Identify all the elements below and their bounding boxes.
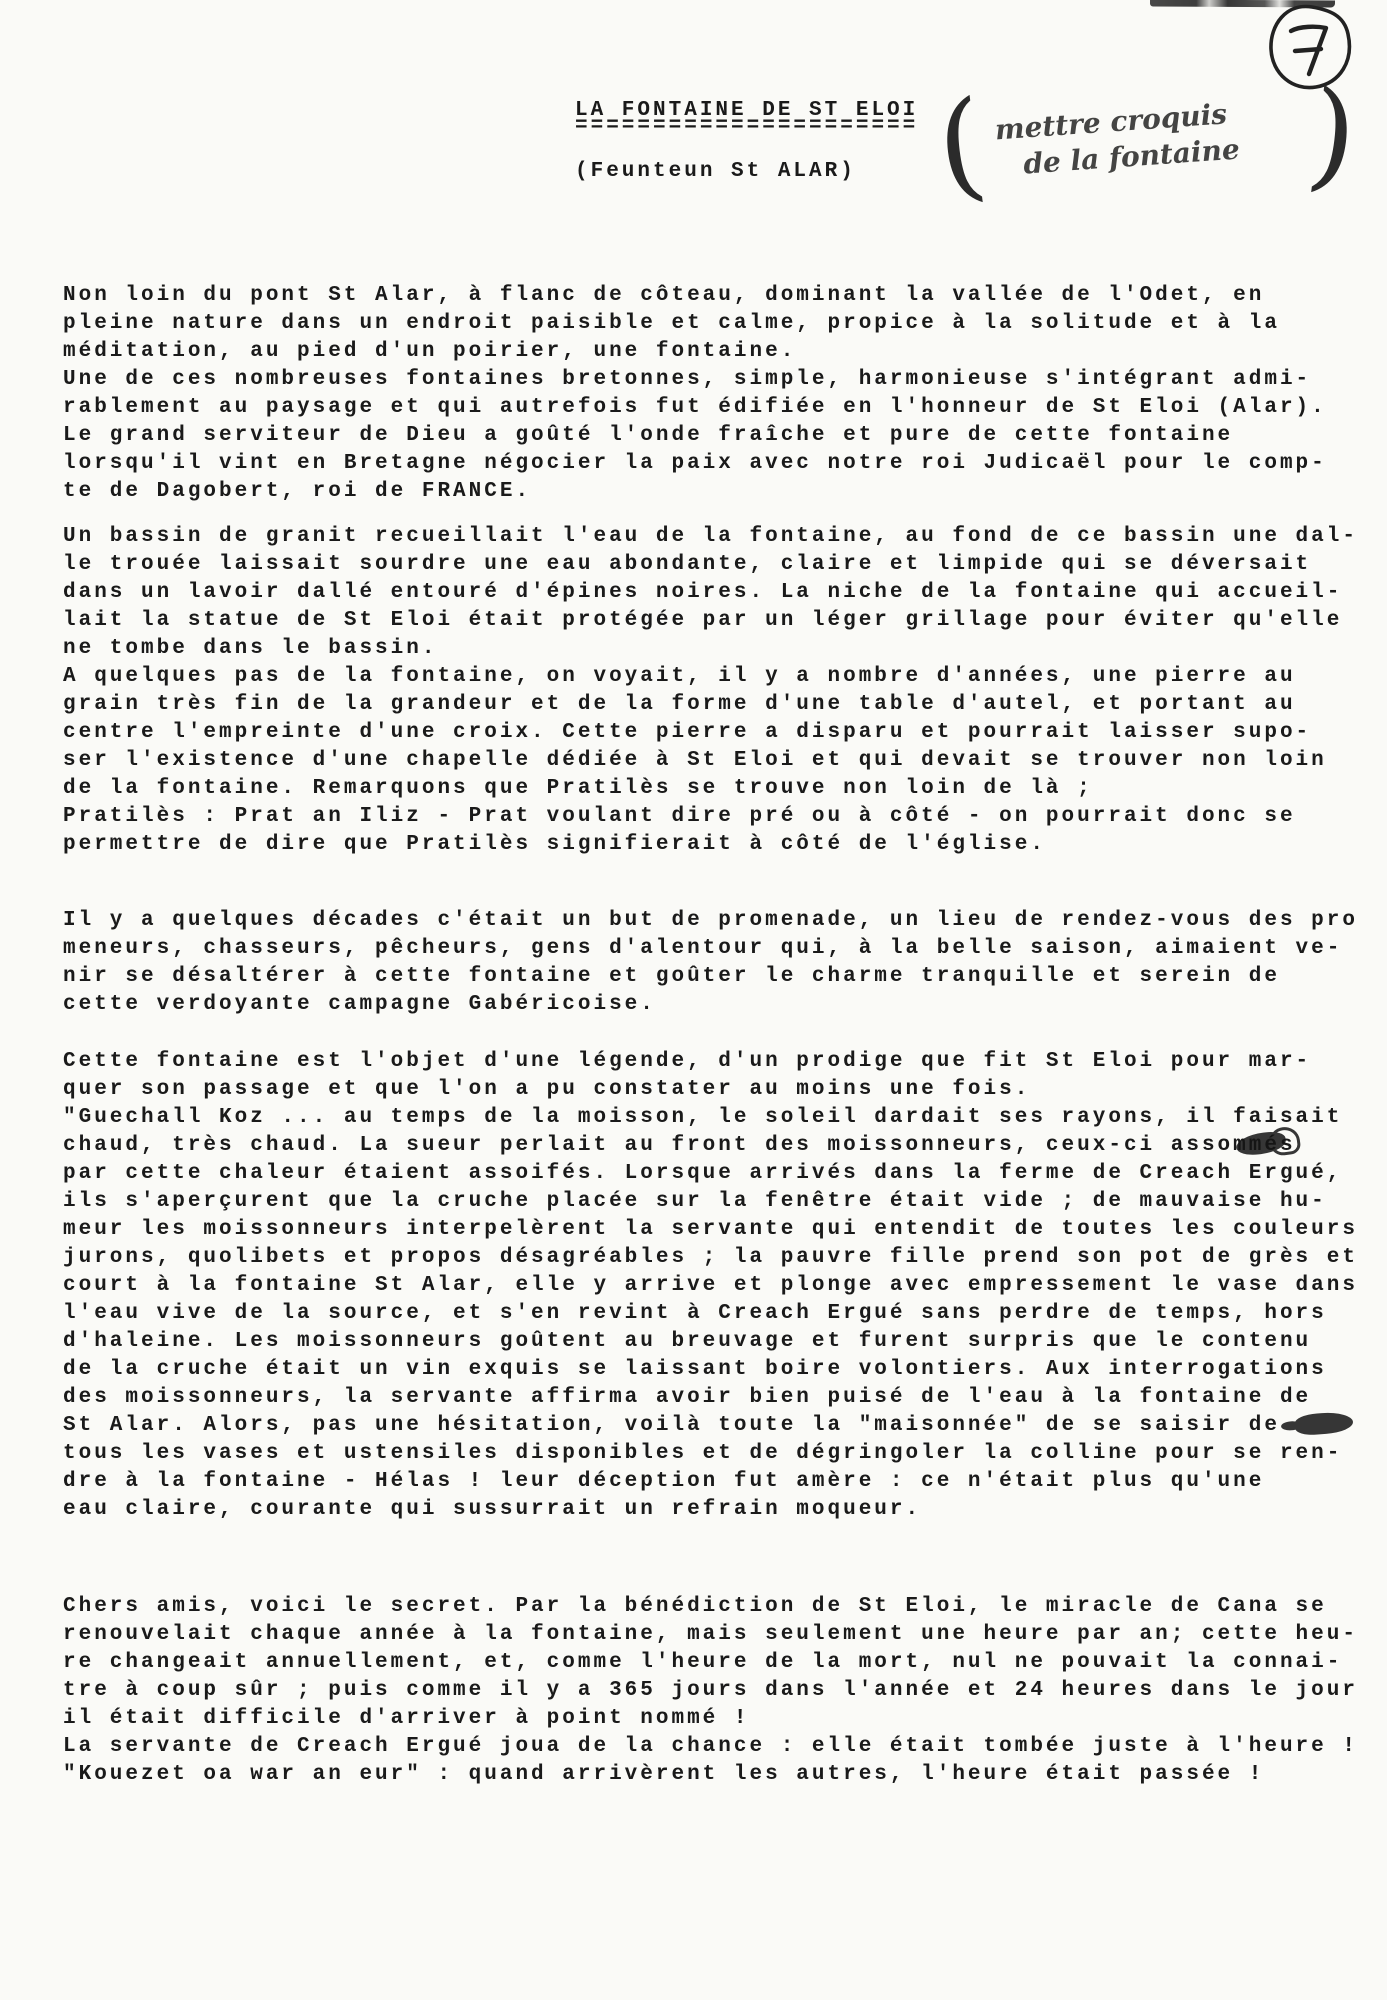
paragraph-4: Cette fontaine est l'objet d'une légende… [63,1048,1385,1524]
annotation-close-paren: ) [1302,64,1365,207]
paragraph-3: Il y a quelques décades c'était un but d… [63,907,1385,1019]
document-header: LA FONTAINE DE ST ELOI =================… [575,100,918,183]
handwritten-annotation: ( mettre croquis de la fontaine ) [938,82,1358,212]
paragraph-5: Chers amis, voici le secret. Par la béné… [63,1593,1385,1789]
annotation-open-paren: ( [930,74,993,217]
paragraph-2: Un bassin de granit recueillait l'eau de… [63,523,1385,859]
document-body: Non loin du pont St Alar, à flanc de côt… [63,282,1385,1789]
paragraph-1: Non loin du pont St Alar, à flanc de côt… [63,282,1385,506]
document-page: LA FONTAINE DE ST ELOI =================… [0,0,1387,2000]
annotation-text: mettre croquis de la fontaine [994,96,1241,185]
page-subtitle: (Feunteun St ALAR) [575,160,918,183]
title-underline: ====================== [575,122,918,136]
